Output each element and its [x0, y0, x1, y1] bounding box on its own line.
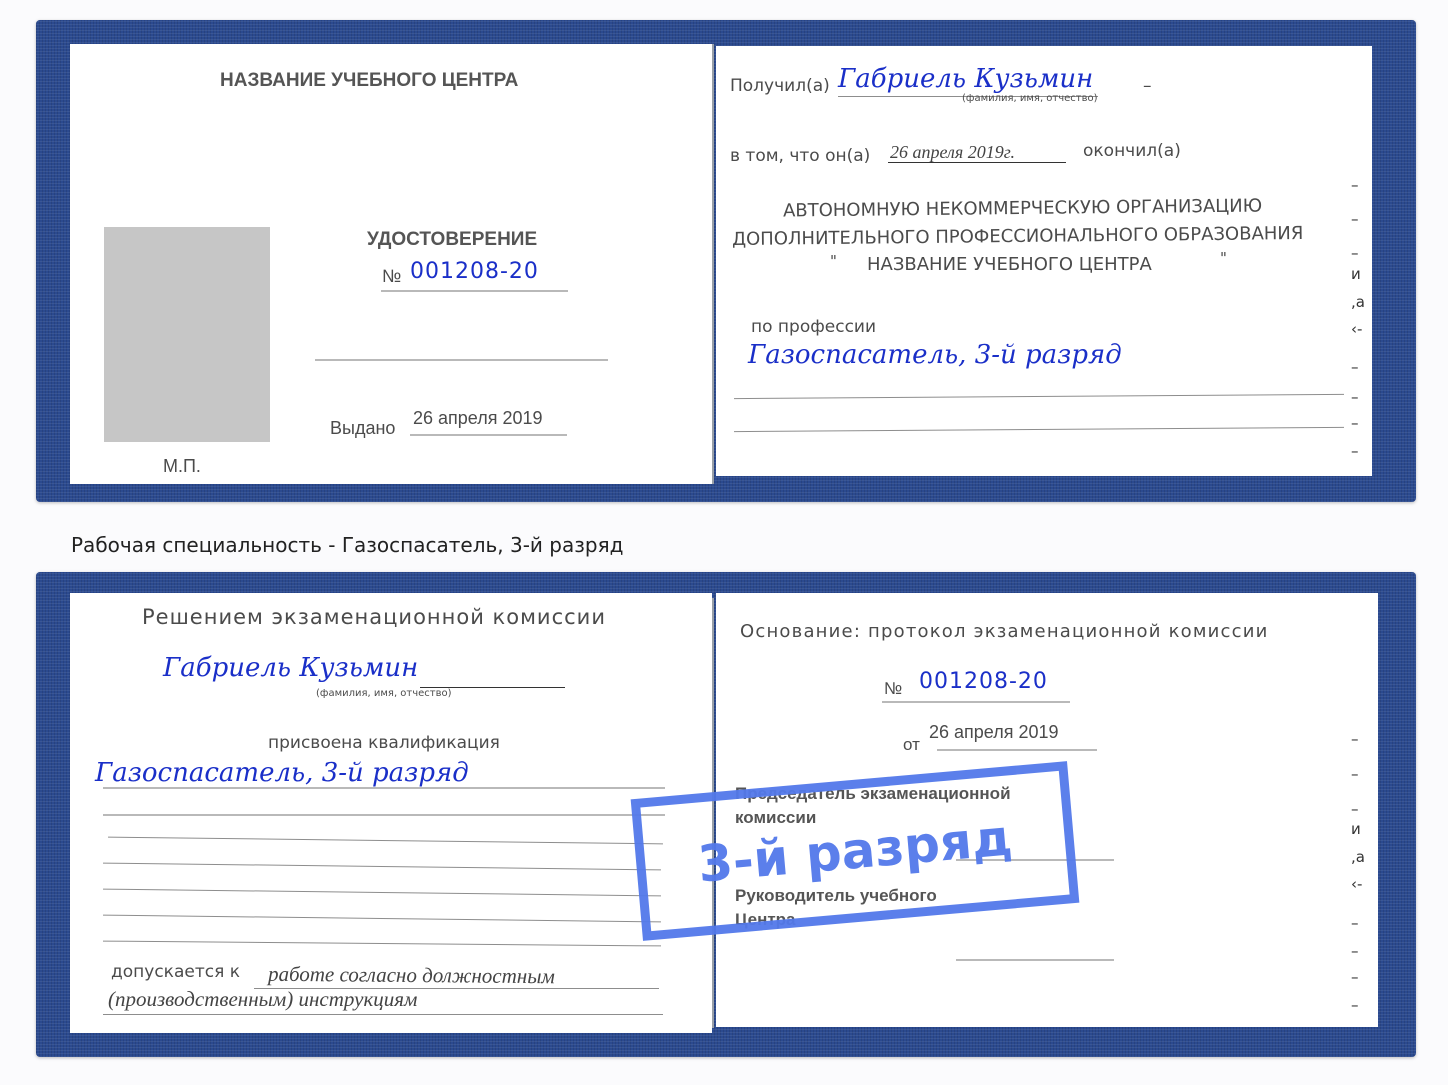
admitted-line-1: работе согласно должностным [268, 962, 555, 990]
received-name: Габриель Кузьмин [838, 64, 1093, 94]
org-quote-close: " [1220, 249, 1227, 267]
certificate-number: 001208-20 [410, 259, 539, 284]
edge-mark: ‹- [1351, 320, 1362, 338]
edge-mark: – [1351, 358, 1359, 376]
head-signature-line [956, 959, 1114, 961]
edge-mark: – [1351, 800, 1359, 818]
qualification-value: Газоспасатель, 3-й разряд [95, 758, 469, 788]
signature-line [315, 359, 608, 361]
completion-date-underline [888, 162, 1066, 163]
protocol-date: 26 апреля 2019 [929, 722, 1059, 743]
qualification-line-2 [103, 814, 665, 816]
edge-mark: – [1351, 765, 1359, 783]
qualification-line-1 [103, 787, 665, 789]
issued-date: 26 апреля 2019 [413, 408, 543, 429]
number-label: № [382, 266, 401, 287]
received-label: Получил(а) [730, 76, 830, 96]
photo-placeholder [104, 227, 270, 442]
edge-mark: – [1351, 730, 1359, 748]
org-quote-open: " [830, 252, 837, 270]
received-dash: – [1143, 76, 1152, 96]
decision-title: Решением экзаменационной комиссии [142, 605, 606, 629]
edge-mark: – [1351, 388, 1359, 406]
profession-value: Газоспасатель, 3-й разряд [748, 340, 1122, 370]
admitted-line-2: (производственным) инструкциям [108, 987, 417, 1012]
protocol-number: 001208-20 [919, 669, 1048, 694]
seal-label: М.П. [163, 456, 201, 477]
edge-mark: – [1351, 442, 1359, 460]
profession-label: по профессии [751, 317, 876, 337]
edge-mark: – [1351, 914, 1359, 932]
edge-mark: ‹- [1351, 875, 1362, 893]
protocol-number-label: № [884, 679, 902, 699]
protocol-date-underline [937, 749, 1097, 751]
edge-mark: – [1351, 942, 1359, 960]
issued-underline [410, 434, 567, 436]
admitted-label: допускается к [111, 962, 240, 982]
specialty-caption: Рабочая специальность - Газоспасатель, 3… [71, 533, 623, 557]
basis-title: Основание: протокол экзаменационной коми… [740, 621, 1269, 642]
edge-mark: и [1351, 265, 1361, 283]
received-name-caption: (фамилия, имя, отчество) [962, 93, 1098, 104]
training-center-name: НАЗВАНИЕ УЧЕБНОГО ЦЕНТРА [220, 70, 518, 92]
edge-mark: ,а [1351, 848, 1365, 866]
edge-mark: – [1351, 968, 1359, 986]
edge-mark: – [1351, 210, 1359, 228]
top-spine [712, 44, 714, 484]
edge-mark: – [1351, 996, 1359, 1014]
number-underline [381, 290, 568, 292]
org-line-3: НАЗВАНИЕ УЧЕБНОГО ЦЕНТРА [867, 254, 1152, 275]
that-label: в том, что он(а) [730, 146, 870, 166]
certificate-title: УДОСТОВЕРЕНИЕ [367, 229, 537, 251]
completion-date: 26 апреля 2019г. [890, 142, 1015, 163]
edge-mark: ,а [1351, 293, 1365, 311]
edge-mark: и [1351, 820, 1361, 838]
protocol-date-label: от [903, 735, 920, 755]
decision-name: Габриель Кузьмин [163, 653, 418, 683]
qualification-label: присвоена квалификация [268, 733, 500, 753]
admitted-underline-2 [103, 1014, 663, 1015]
finished-label: окончил(а) [1083, 141, 1181, 161]
edge-mark: – [1351, 176, 1359, 194]
issued-label: Выдано [330, 418, 395, 439]
decision-name-caption: (фамилия, имя, отчество) [316, 688, 452, 699]
stamp-text: 3-й разряд [696, 808, 1015, 893]
protocol-number-underline [882, 701, 1070, 703]
edge-mark: – [1351, 244, 1359, 262]
edge-mark: – [1351, 414, 1359, 432]
